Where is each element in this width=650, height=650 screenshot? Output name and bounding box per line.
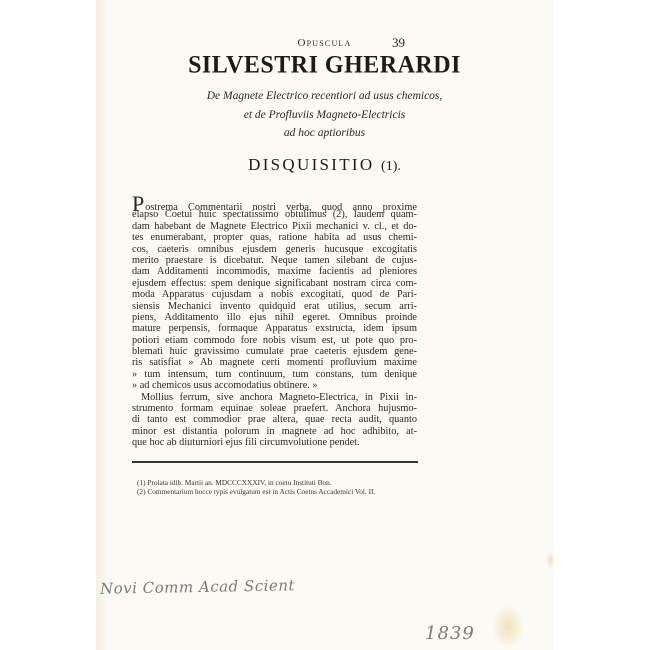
body-line: elapso Coetui huic spectatissimo obtulim… [132,209,417,220]
body-line: dam Additamenti incommodis, maxime facie… [132,266,417,277]
page-number: 39 [392,35,405,51]
body-line: blemati huic gravissimo cumulate prae ca… [132,346,417,357]
body-line: Mollius ferrum, sive anchora Magneto-Ele… [132,392,417,403]
subtitle-line-3: ad hoc aptioribus [96,127,553,139]
body-line: tes enumerabant, propter quas, ratione h… [132,232,417,243]
body-line: ris satisfiat » Ab magnete certi momenti… [132,357,417,368]
footnote-divider [132,461,418,463]
body-line: moda Apparatus cujusdam a nobis excogita… [132,289,417,300]
body-line: potiori etiam commodo fore nobis visum e… [132,335,417,346]
section-title: DISQUISITIO (1). [96,155,553,175]
handwritten-year: 1839 [425,623,475,644]
book-page: Opuscula 39 SILVESTRI GHERARDI De Magnet… [96,0,553,650]
body-line: cos, caeteris omnibus ejusdem generis hu… [132,244,417,255]
body-line: merito praestare is dicebatur. Neque tam… [132,255,417,266]
body-line: Postrema Commentarii nostri verba, quod … [132,198,417,209]
footnote-2: (2) Commentarium hocce typis evulgatum e… [137,488,427,497]
body-line: mature perpensis, formaque Apparatus exs… [132,323,417,334]
body-line: ejusdem effectus: spem denique significa… [132,278,417,289]
body-line: siensis Mechanici invento quidquid erat … [132,301,417,312]
body-line: dam habebant de Magnete Electrico Pixii … [132,221,417,232]
subtitle-line-1: De Magnete Electrico recentiori ad usus … [96,90,553,102]
footnotes: (1) Prolata idib. Martii an. MDCCCXXXIV,… [137,479,427,496]
body-line: piens, Additamento illo ejus nihil egere… [132,312,417,323]
body-line: di tanto est commodior prae altera, quae… [132,414,417,425]
body-line: » tum intensum, tum continuum, tum const… [132,369,417,380]
body-line: strumento formam equinae soleae praefert… [132,403,417,414]
author-title: SILVESTRI GHERARDI [96,51,553,79]
running-head: Opuscula [96,37,553,49]
body-text: Postrema Commentarii nostri verba, quod … [132,198,417,449]
body-line: » ad chemicos usus accomodatius obtinere… [132,380,417,391]
handwritten-note: Novi Comm Acad Scient [100,576,295,597]
section-footnote-ref: (1). [381,159,401,174]
body-line: minor est distantia polorum in magnete a… [132,426,417,437]
section-title-text: DISQUISITIO [248,155,374,174]
subtitle-line-2: et de Profluviis Magneto-Electricis [96,109,553,121]
body-line: que hoc ab diuturniori ejus fili circumv… [132,437,417,448]
